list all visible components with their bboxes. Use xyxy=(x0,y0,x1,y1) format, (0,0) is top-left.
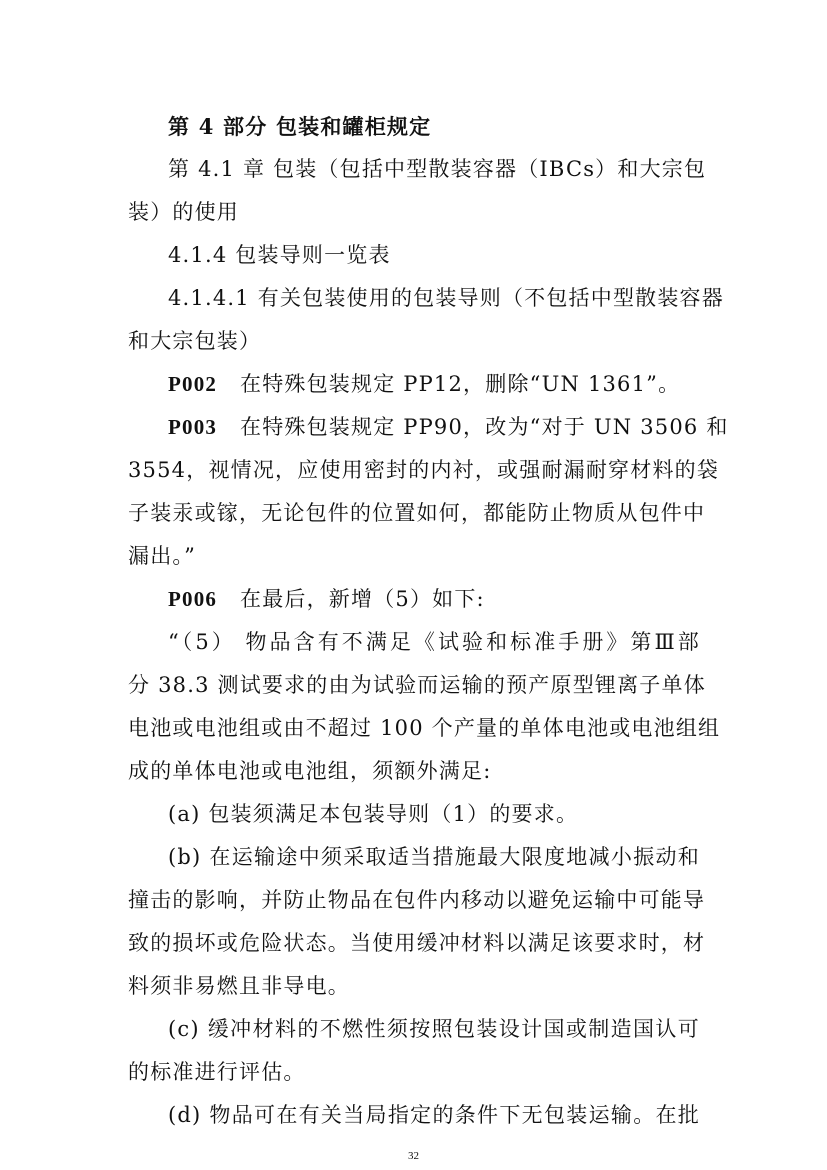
sub-item-b-line-4: 料须非易燃且非导电。 xyxy=(128,973,700,1000)
entry-p006: P006在最后，新增（5）如下: xyxy=(168,586,700,613)
entry-code: P002 xyxy=(168,371,240,398)
entry-p003-line-4: 漏出。” xyxy=(128,543,700,570)
entry-text: 在特殊包装规定 PP90，改为“对于 UN 3506 和 xyxy=(240,415,729,439)
sub-item-c-line-1: (c) 缓冲材料的不燃性须按照包装设计国或制造国认可 xyxy=(168,1016,700,1043)
item-5-line-3: 电池或电池组或由不超过 100 个产量的单体电池或电池组组 xyxy=(128,715,700,742)
page-number: 32 xyxy=(0,1150,827,1162)
sub-item-d-line-1: (d) 物品可在有关当局指定的条件下无包装运输。在批 xyxy=(168,1102,700,1129)
entry-code: P006 xyxy=(168,586,240,613)
item-5-line-1: “（5） 物品含有不满足《试验和标准手册》第Ⅲ部 xyxy=(168,629,700,656)
entry-code: P003 xyxy=(168,414,240,441)
entry-text: 在最后，新增（5）如下: xyxy=(240,587,485,611)
part-heading: 第 4 部分 包装和罐柜规定 xyxy=(168,113,700,140)
item-5-line-4: 成的单体电池或电池组，须额外满足: xyxy=(128,758,700,785)
item-5-line-2: 分 38.3 测试要求的由为试验而运输的预产原型锂离子单体 xyxy=(128,672,700,699)
chapter-heading-line-1: 第 4.1 章 包装（包括中型散装容器（IBCs）和大宗包 xyxy=(168,156,700,183)
entry-p002: P002在特殊包装规定 PP12，删除“UN 1361”。 xyxy=(168,371,700,398)
section-4-1-4-1-line-1: 4.1.4.1 有关包装使用的包装导则（不包括中型散装容器 xyxy=(168,285,700,312)
entry-p003-line-2: 3554，视情况，应使用密封的内衬，或强耐漏耐穿材料的袋 xyxy=(128,457,700,484)
sub-item-b-line-2: 撞击的影响，并防止物品在包件内移动以避免运输中可能导 xyxy=(128,887,700,914)
section-4-1-4-1-line-2: 和大宗包装） xyxy=(128,328,700,355)
sub-item-a: (a) 包装须满足本包装导则（1）的要求。 xyxy=(168,801,700,828)
entry-p003-line-3: 子装汞或镓，无论包件的位置如何，都能防止物质从包件中 xyxy=(128,500,700,527)
section-4-1-4-heading: 4.1.4 包装导则一览表 xyxy=(168,242,700,269)
sub-item-b-line-3: 致的损坏或危险状态。当使用缓冲材料以满足该要求时，材 xyxy=(128,930,700,957)
sub-item-b-line-1: (b) 在运输途中须采取适当措施最大限度地减小振动和 xyxy=(168,844,700,871)
chapter-heading-line-2: 装）的使用 xyxy=(128,199,700,226)
sub-item-c-line-2: 的标准进行评估。 xyxy=(128,1059,700,1086)
entry-p003: P003在特殊包装规定 PP90，改为“对于 UN 3506 和 xyxy=(168,414,700,441)
entry-text: 在特殊包装规定 PP12，删除“UN 1361”。 xyxy=(240,372,680,396)
document-page: 第 4 部分 包装和罐柜规定 第 4.1 章 包装（包括中型散装容器（IBCs）… xyxy=(0,0,827,1170)
